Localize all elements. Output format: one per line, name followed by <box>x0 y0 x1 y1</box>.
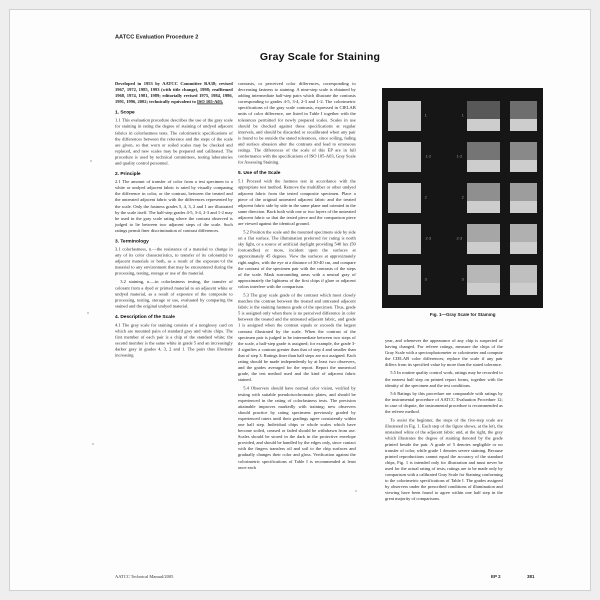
paragraph-use-5-5: 5.5 In routine quality control work, rat… <box>385 371 503 389</box>
paragraph-use-5-2: 5.2 Position the scale and the mounted s… <box>238 230 356 291</box>
paragraph-figure-note: To assist the beginner, the steps of the… <box>385 418 503 503</box>
stain-swatch <box>467 224 500 242</box>
grade-label-left: 1-2 <box>425 155 431 159</box>
stain-swatch <box>467 265 500 283</box>
reference-white-chip <box>388 142 421 172</box>
stained-chip-inner <box>467 265 500 295</box>
grade-label-right: 1-2 <box>457 155 463 159</box>
document-header: AATCC Evaluation Procedure 2 <box>115 33 355 40</box>
section-heading-terminology: 3. Terminology <box>115 238 233 244</box>
paragraph-staining-definition: 3.2 staining, n.—in colorfastness testin… <box>115 279 233 309</box>
scan-speck <box>87 312 89 314</box>
paragraph-scope: 1.1 This evaluation procedure describes … <box>115 118 233 167</box>
stained-chip-outer <box>510 183 537 213</box>
white-swatch <box>510 201 537 213</box>
grade-label-right: 1 <box>461 114 463 118</box>
paragraph-use-5-4: 5.4 Observers should have normal color v… <box>238 386 356 471</box>
iso-equivalence-ref: ISO 105-A03. <box>197 100 223 105</box>
scan-speck <box>355 490 357 492</box>
white-swatch <box>467 119 500 131</box>
grade-label-strip: 33 <box>421 265 467 295</box>
scan-speck <box>90 160 92 162</box>
stain-swatch <box>510 183 537 201</box>
text-column-left: Developed in 1953 by AATCC Committee RA3… <box>115 81 233 361</box>
white-swatch <box>467 242 500 254</box>
section-heading-principle: 2. Principle <box>115 171 233 177</box>
text-column-right: year, and whenever the appearance of any… <box>385 338 503 505</box>
footer-manual-reference: AATCC Technical Manual/2005 <box>115 575 173 580</box>
chip-divider <box>500 101 510 131</box>
grade-label-right: 2-3 <box>457 237 463 241</box>
scanned-document-page: AATCC Evaluation Procedure 2 Gray Scale … <box>9 9 591 591</box>
figure-caption: Fig. 1—Gray Scale for Staining <box>382 313 543 318</box>
stained-chip-inner <box>467 101 500 131</box>
grade-label-strip: 2-32-3 <box>421 224 467 254</box>
paragraph-use-continued: year, and whenever the appearance of any… <box>385 338 503 368</box>
stain-swatch <box>510 265 537 283</box>
section-heading-scope: 1. Scope <box>115 110 233 116</box>
stain-swatch <box>467 101 500 119</box>
paragraph-use-5-1: 5.1 Proceed with the fastness test in ac… <box>238 179 356 228</box>
gray-scale-rows: 111-21-2222-32-333 <box>382 101 543 295</box>
grade-label-right: 3 <box>461 278 463 282</box>
text-column-middle: contrasts, or perceived color difference… <box>238 81 356 473</box>
footer-procedure-number: EP 2 <box>491 575 501 580</box>
grade-label-strip: 22 <box>421 183 467 213</box>
section-heading-description: 4. Description of the Scale <box>115 314 233 320</box>
white-swatch <box>467 283 500 295</box>
grade-label-strip: 11 <box>421 101 467 131</box>
paragraph-use-5-3: 5.3 The gray scale grade of the contrast… <box>238 293 356 384</box>
footer-right: EP 2 381 <box>491 575 535 580</box>
paragraph-principle: 2.1 The amount of transfer of color from… <box>115 179 233 234</box>
grade-label-left: 2-3 <box>425 237 431 241</box>
paragraph-colorfastness-definition: 3.1 colorfastness, n.—the resistance of … <box>115 247 233 277</box>
stain-swatch <box>467 183 500 201</box>
reference-white-chip <box>388 183 421 213</box>
white-swatch <box>510 119 537 131</box>
history-note: Developed in 1953 by AATCC Committee RA3… <box>115 81 233 105</box>
white-swatch <box>467 201 500 213</box>
stained-chip-inner <box>467 142 500 172</box>
gray-scale-figure: 111-21-2222-32-333 <box>382 88 543 308</box>
stain-swatch <box>510 142 537 160</box>
stained-chip-outer <box>510 265 537 295</box>
section-heading-use: 5. Use of the Scale <box>238 170 356 176</box>
stained-chip-outer <box>510 224 537 254</box>
gray-scale-step-row: 1-21-2 <box>388 142 543 172</box>
paragraph-use-5-6: 5.6 Ratings by this procedure are compar… <box>385 391 503 415</box>
chip-divider <box>500 265 510 295</box>
reference-white-chip <box>388 224 421 254</box>
scan-speck <box>92 443 94 445</box>
scan-speck <box>220 260 222 262</box>
chip-divider <box>500 142 510 172</box>
paragraph-scale-description: 4.1 The gray scale for staining consists… <box>115 322 233 358</box>
white-swatch <box>510 283 537 295</box>
grade-label-strip: 1-21-2 <box>421 142 467 172</box>
white-swatch <box>467 160 500 172</box>
stain-swatch <box>467 142 500 160</box>
grade-label-left: 1 <box>425 114 427 118</box>
gray-scale-step-row: 11 <box>388 101 543 131</box>
reference-white-chip <box>388 265 421 295</box>
paragraph-description-continued: contrasts, or perceived color difference… <box>238 81 356 166</box>
stained-chip-inner <box>467 183 500 213</box>
stain-swatch <box>510 224 537 242</box>
chip-divider <box>500 224 510 254</box>
reference-white-chip <box>388 101 421 131</box>
stained-chip-inner <box>467 224 500 254</box>
stained-chip-outer <box>510 101 537 131</box>
stain-swatch <box>510 101 537 119</box>
white-swatch <box>510 160 537 172</box>
page-title: Gray Scale for Staining <box>115 51 525 63</box>
stained-chip-outer <box>510 142 537 172</box>
grade-label-left: 2 <box>425 196 427 200</box>
white-swatch <box>510 242 537 254</box>
grade-label-right: 2 <box>461 196 463 200</box>
chip-divider <box>500 183 510 213</box>
gray-scale-step-row: 33 <box>388 265 543 295</box>
gray-scale-step-row: 2-32-3 <box>388 224 543 254</box>
grade-label-left: 3 <box>425 278 427 282</box>
gray-scale-step-row: 22 <box>388 183 543 213</box>
footer-page-number: 381 <box>527 575 535 580</box>
